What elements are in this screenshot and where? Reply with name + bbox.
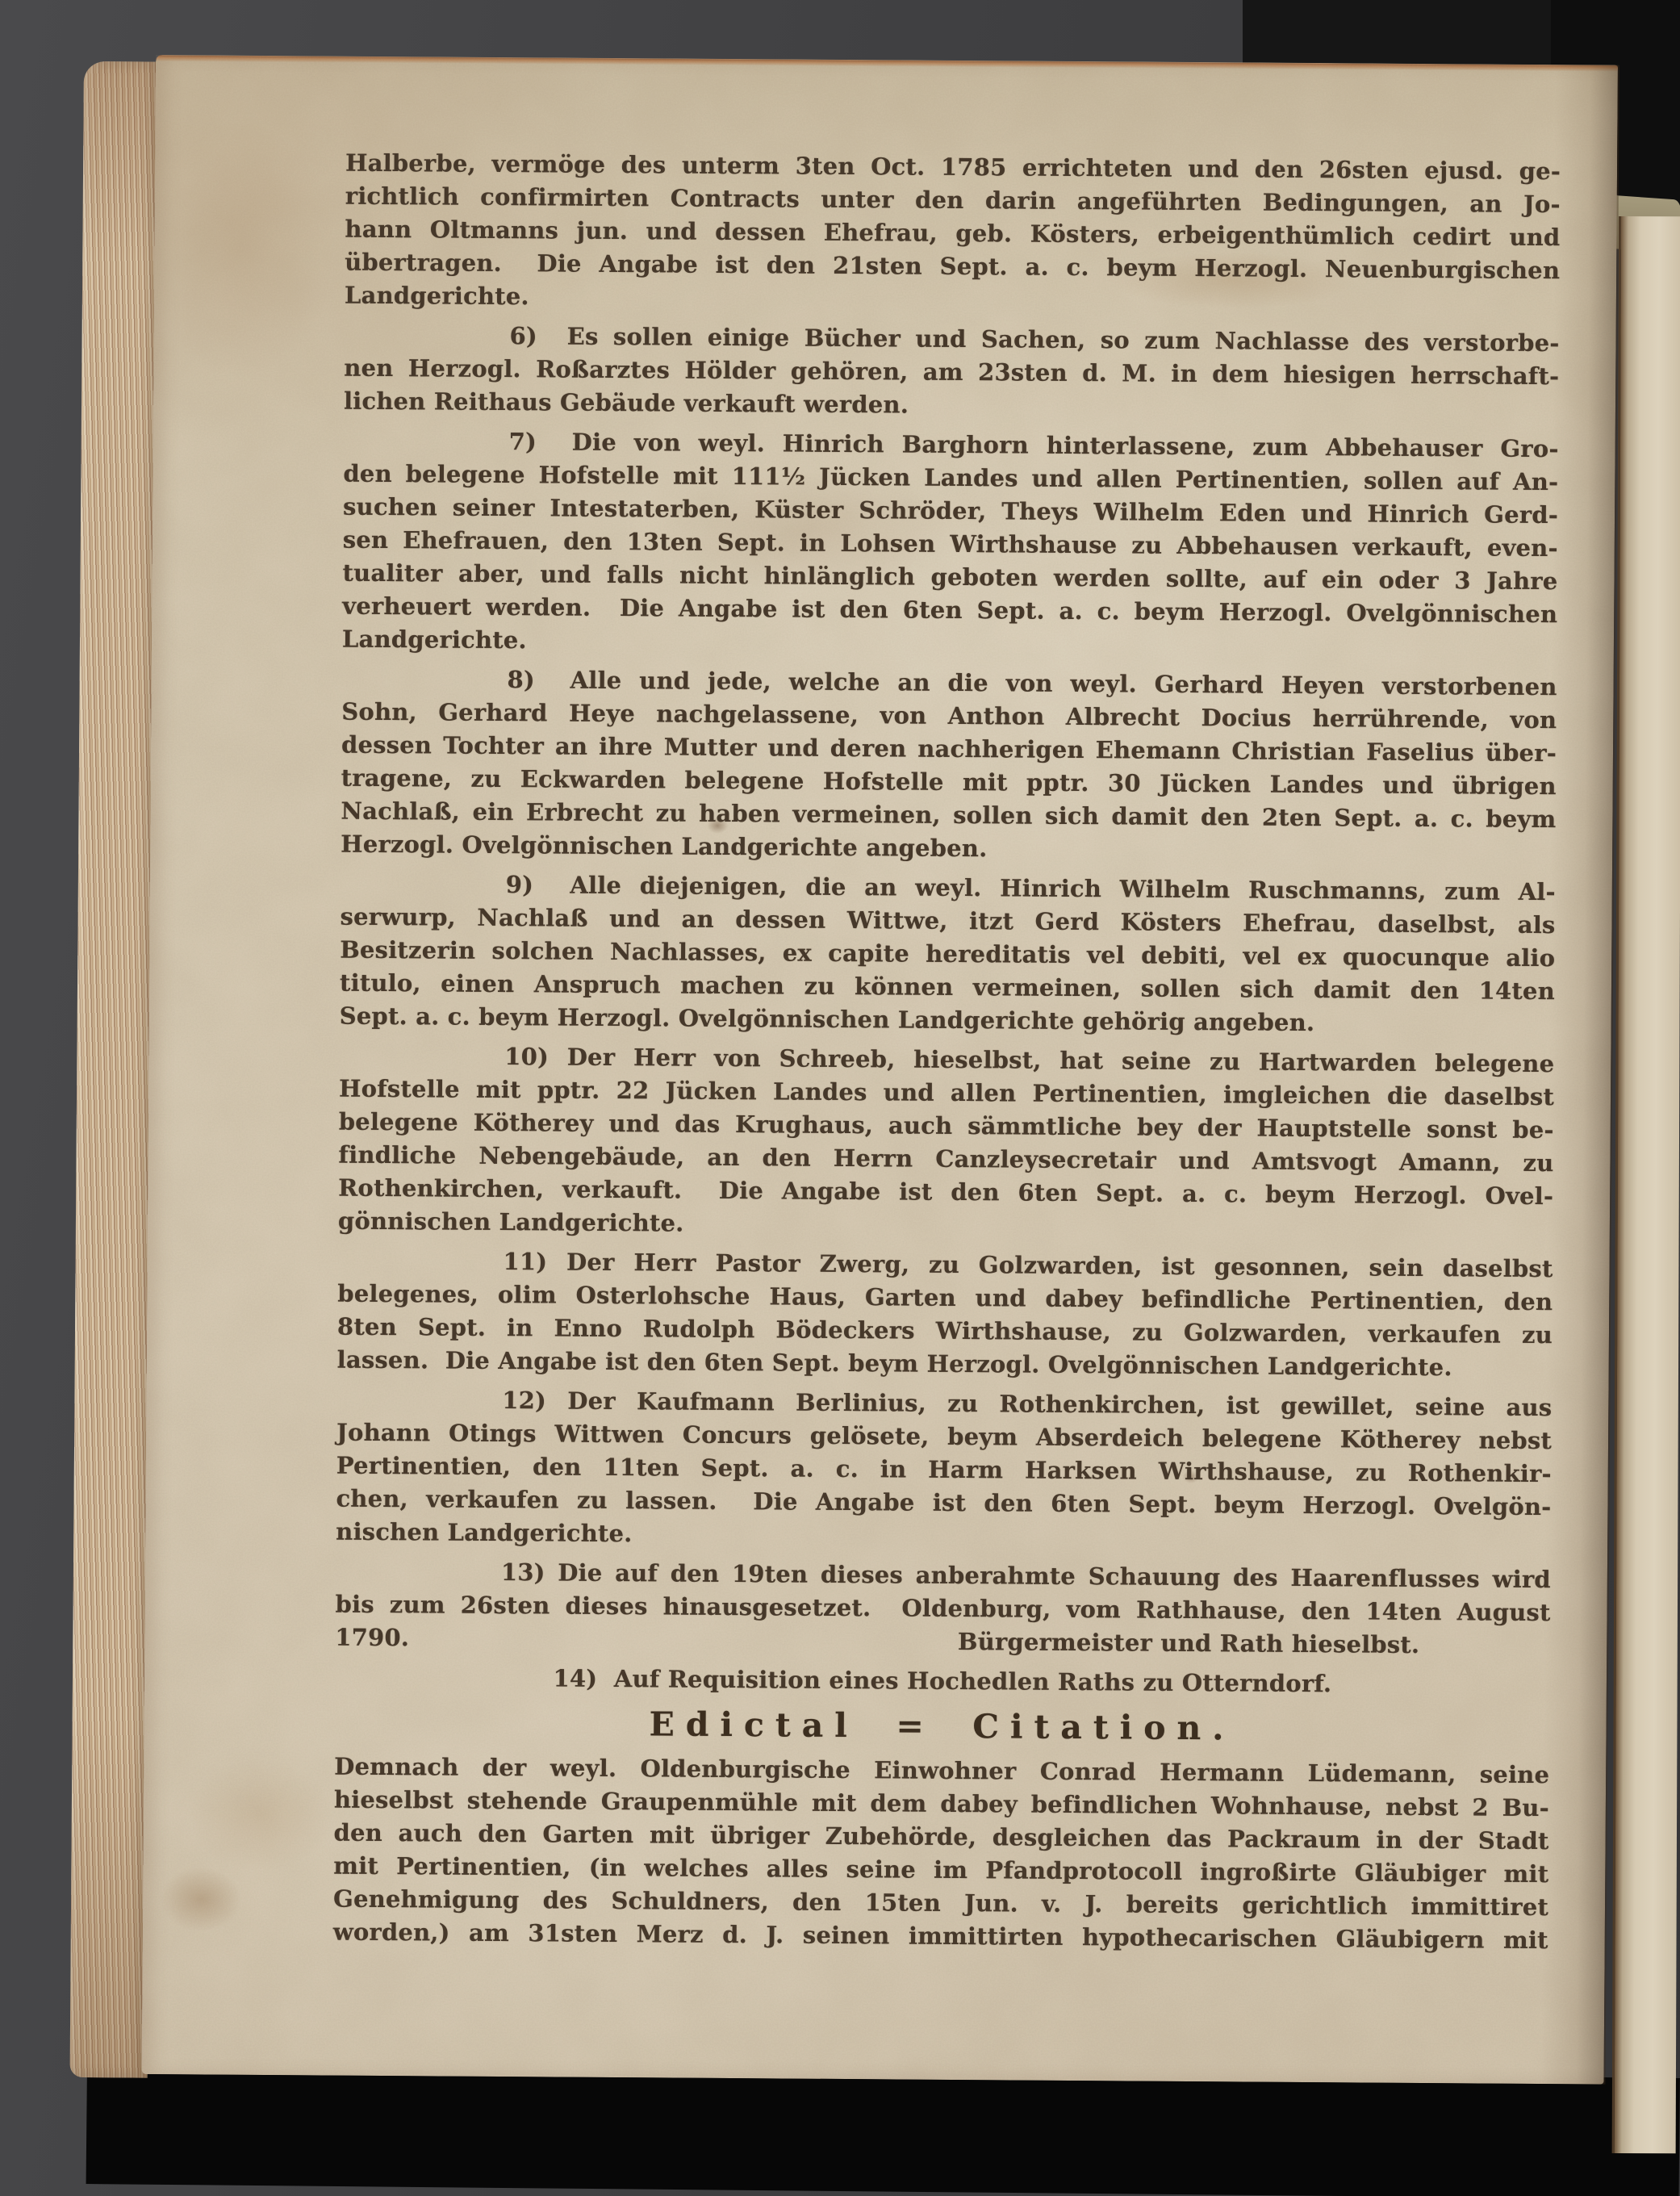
paragraph-edictal-body: Demnach der weyl. Oldenburgische Einwohn… <box>333 1751 1550 1958</box>
edictal-citation-heading: Edictal = Citation. <box>334 1700 1549 1753</box>
signature-authority: Bürgermeister und Rath hieselbst. <box>958 1625 1420 1662</box>
paragraph-item-7: 7) Die von weyl. Hinrich Barghorn hinter… <box>342 425 1559 665</box>
paragraph-item-6: 6) Es sollen einige Bücher und Sachen, s… <box>344 319 1560 427</box>
page-text: Halberbe, vermöge des unterm 3ten Oct. 1… <box>333 147 1561 1957</box>
heading-line: Edictal = Citation. <box>334 1700 1549 1753</box>
facing-page-edge <box>1612 216 1680 2153</box>
paragraph-item-8: 8) Alle und jede, welche an die von weyl… <box>341 663 1557 870</box>
paragraph-continuation: Halberbe, vermöge des unterm 3ten Oct. 1… <box>345 147 1561 321</box>
stain <box>141 119 336 379</box>
paragraph-item-10: 10) Der Herr von Schreeb, hieselbst, hat… <box>338 1039 1555 1247</box>
paragraph-item-14: 14) Auf Requisition eines Hochedlen Rath… <box>335 1661 1550 1703</box>
text-line: 14) Auf Requisition eines Hochedlen Rath… <box>335 1661 1550 1703</box>
paragraph-item-12: 12) Der Kaufmann Berlinius, zu Rothenkir… <box>336 1383 1552 1558</box>
photo-backdrop: Halberbe, vermöge des unterm 3ten Oct. 1… <box>0 0 1680 2196</box>
dateline-year: 1790. <box>335 1621 409 1655</box>
paragraph-item-9: 9) Alle diejenigen, die an weyl. Hinrich… <box>340 868 1556 1042</box>
paragraph-item-13: 13) Die auf den 19ten dieses anberahmte … <box>335 1555 1551 1663</box>
book-page: Halberbe, vermöge des unterm 3ten Oct. 1… <box>142 55 1618 2085</box>
paragraph-item-11: 11) Der Herr Pastor Zwerg, zu Golzwarden… <box>337 1244 1553 1386</box>
stain <box>161 1867 242 1932</box>
stain <box>187 1758 333 1872</box>
